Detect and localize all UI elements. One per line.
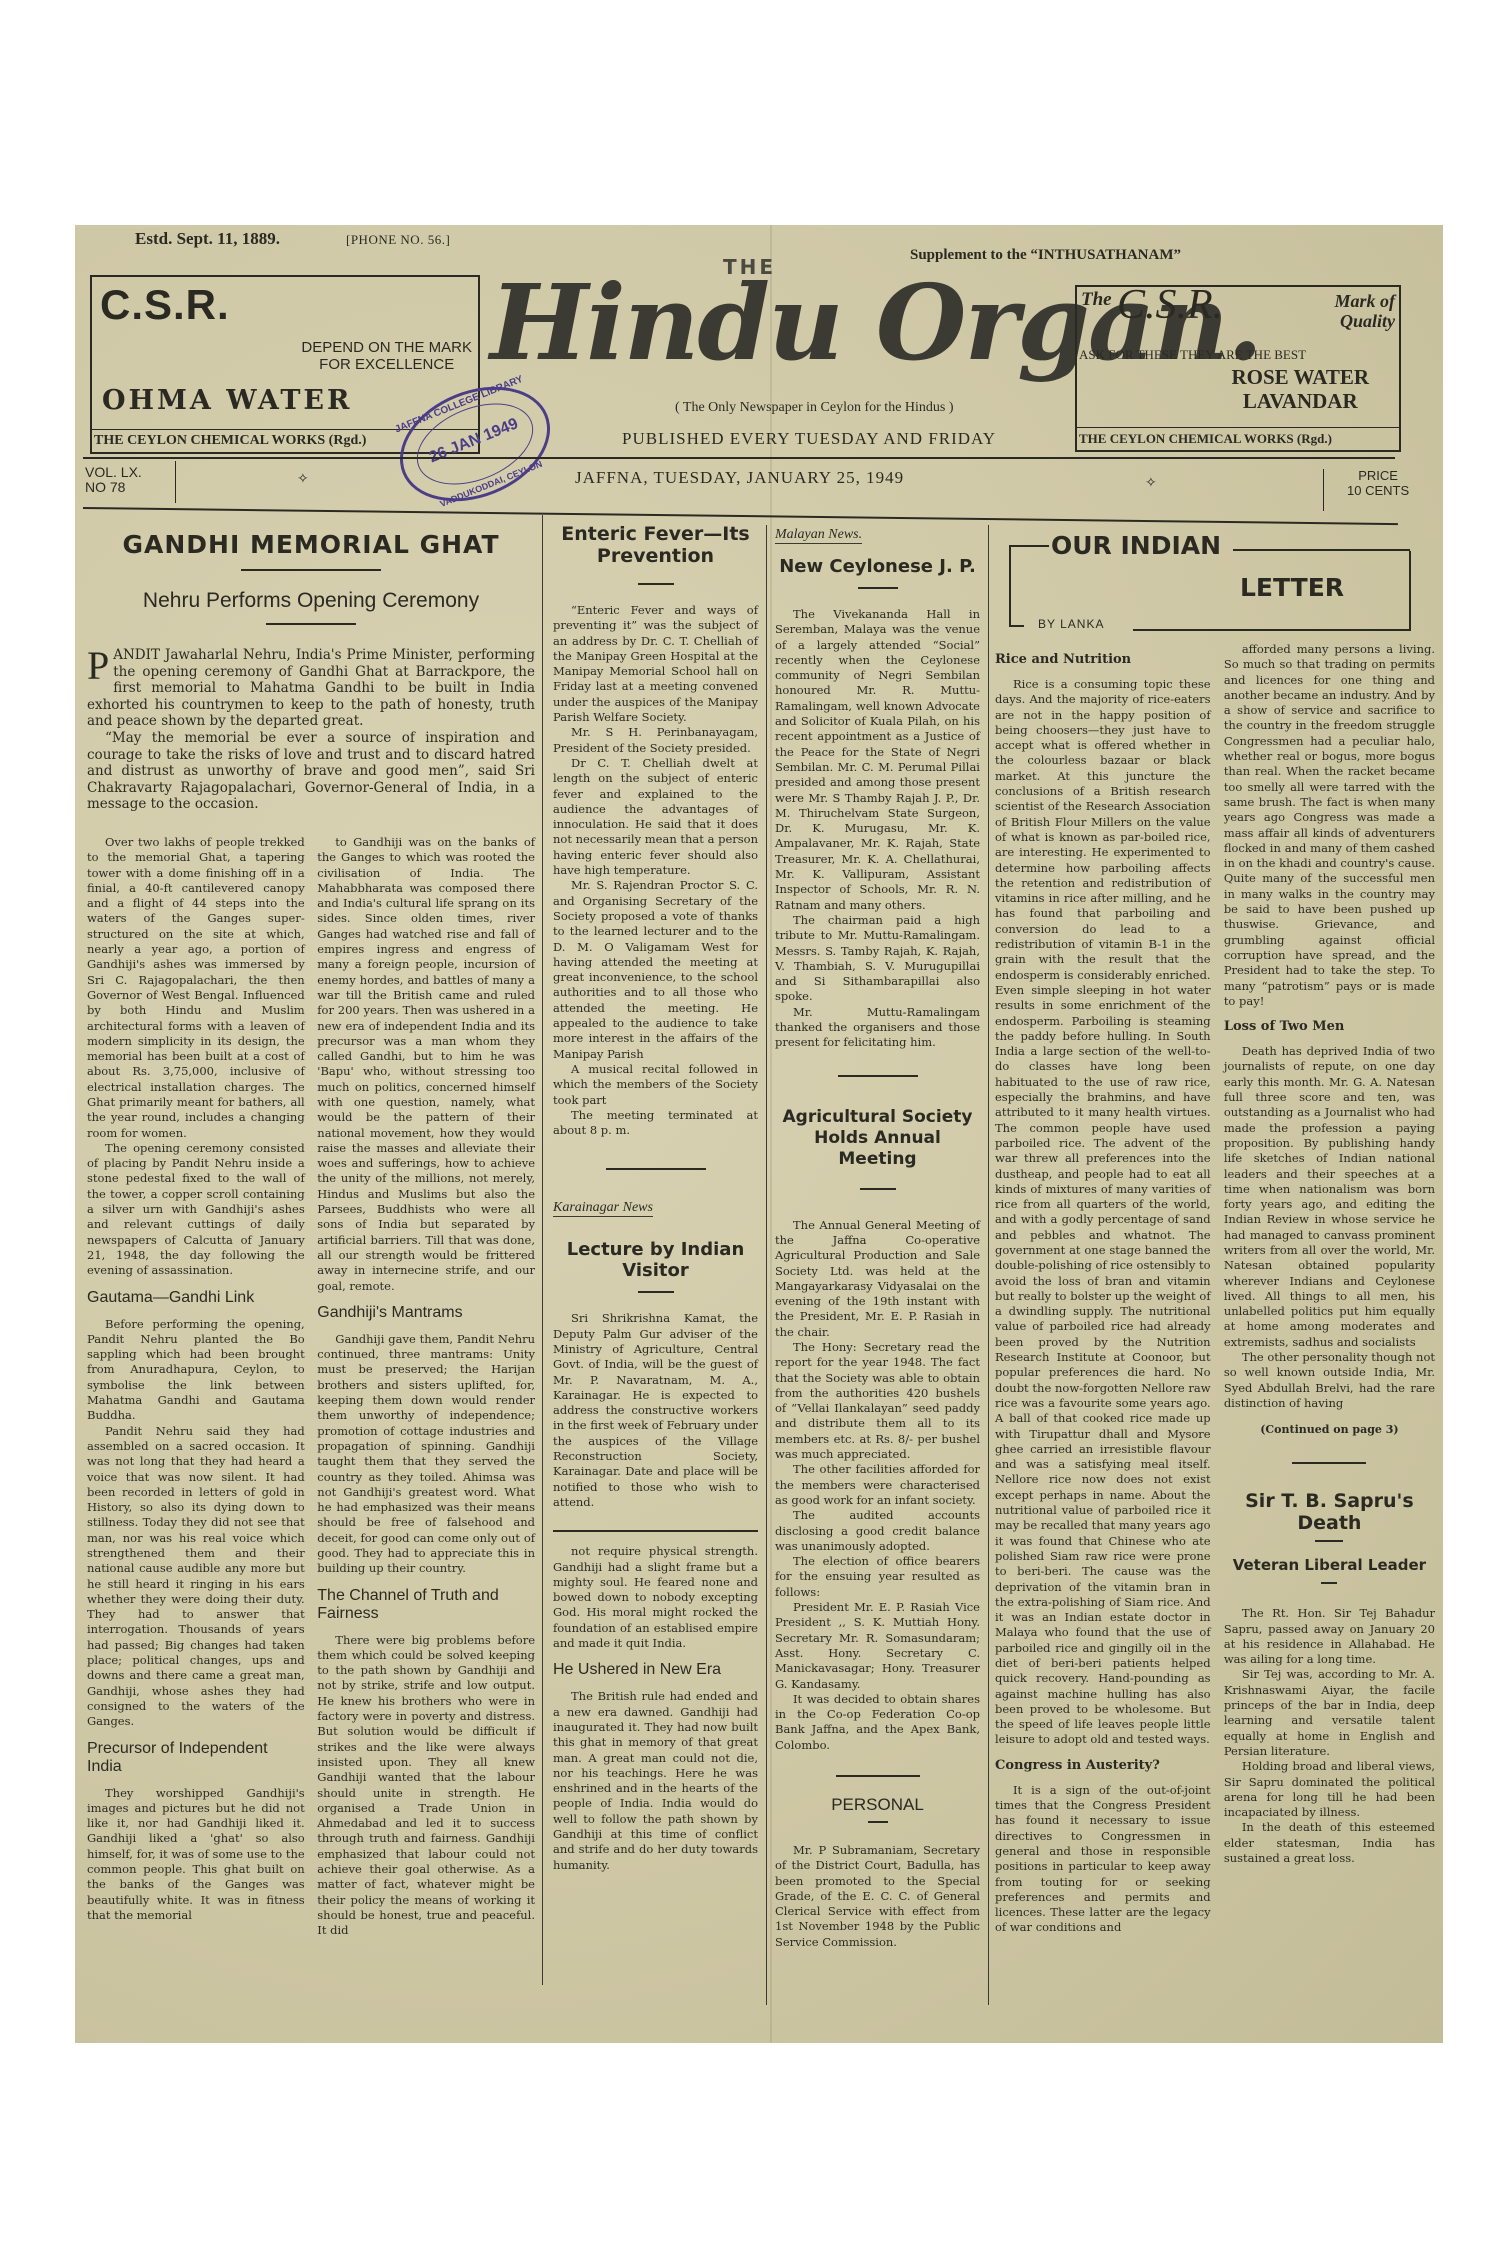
section-heading: Rice and Nutrition [995,652,1211,667]
section-kicker: Karainagar News [553,1200,653,1217]
masthead-tagline: ( The Only Newspaper in Ceylon for the H… [675,400,954,416]
continued-note: (Continued on page 3) [1224,1423,1435,1436]
gandhi-continuation: not require physical strength. Gandhiji … [553,1544,758,1873]
ad-maker: THE CEYLON CHEMICAL WORKS (Rgd.) [1077,427,1399,450]
paragraph: “Enteric Fever and ways of preventing it… [553,603,758,725]
paragraph: Sir Tej was, according to Mr. A. Krishna… [1224,1667,1435,1759]
ornament-icon: ✧ [297,471,309,487]
paragraph: Before performing the opening, Pandit Ne… [87,1317,305,1424]
ad-brand: C.S.R. [100,281,230,329]
paragraph: It was decided to obtain shares in the C… [775,1692,980,1753]
paragraph: The Rt. Hon. Sir Tej Bahadur Sapru, pass… [1224,1606,1435,1667]
lead-paragraph: PANDIT Jawaharlal Nehru, India's Prime M… [87,647,535,730]
paragraph: The election of office bearers for the e… [775,1554,980,1600]
byline: BY LANKA [1038,617,1104,631]
paragraph: They worshipped Gandhiji's images and pi… [87,1786,305,1924]
ad-tagline: DEPEND ON THE MARK FOR EXCELLENCE [301,339,472,373]
paragraph: The opening ceremony consisted of placin… [87,1141,305,1279]
headline: PERSONAL [775,1795,980,1815]
ad-rose-water: The C.S.R. Mark of Quality ASK FOR THESE… [1075,285,1401,452]
paragraph: Holding broad and liberal views, Sir Sap… [1224,1759,1435,1820]
paragraph: The Vivekananda Hall in Seremban, Malaya… [775,607,980,913]
section-heading: Precursor of Independent India [87,1740,305,1776]
paragraph: not require physical strength. Gandhiji … [553,1544,758,1651]
paragraph: Death has deprived India of two journali… [1224,1044,1435,1350]
article-gandhi-ghat: GANDHI MEMORIAL GHAT Nehru Performs Open… [87,520,535,1939]
paragraph: The other personality though not so well… [1224,1350,1435,1411]
paragraph: The chairman paid a high tribute to Mr. … [775,913,980,1005]
paragraph: The Annual General Meeting of the Jaffna… [775,1218,980,1340]
paragraph: Mr. S H. Perinbanayagam, President of th… [553,725,758,756]
price: PRICE 10 CENTS [1347,468,1409,498]
section-kicker: Malayan News. [775,527,862,544]
letter-left-column: Rice and NutritionRice is a consuming to… [995,642,1211,1936]
letter-banner: OUR INDIAN LETTER BY LANKA [995,531,1435,636]
newspaper-page: Estd. Sept. 11, 1889. [PHONE NO. 56.] Su… [75,225,1443,2043]
gandhi-right-column: to Gandhiji was on the banks of the Gang… [317,835,535,1939]
paragraph: It is a sign of the out-of-joint times t… [995,1783,1211,1936]
ornament-icon: ✧ [1145,475,1157,491]
headline: New Ceylonese J. P. [775,556,980,577]
paragraph: Over two lakhs of people trekked to the … [87,835,305,1141]
paragraph: Gandhiji gave them, Pandit Nehru continu… [317,1332,535,1577]
section-heading: Congress in Austerity? [995,1758,1211,1773]
established-date: Estd. Sept. 11, 1889. [135,229,280,249]
letter-right-column: afforded many persons a living. So much … [1224,642,1435,1936]
subheadline: Nehru Performs Opening Ceremony [87,589,535,613]
paragraph: Mr. P Subramaniam, Secretary of the Dist… [775,1843,980,1950]
headline: Lecture by Indian Visitor [553,1239,758,1281]
article-malayan-news: Malayan News. New Ceylonese J. P. The Vi… [775,523,980,1950]
paragraph: The other facilities afforded for the me… [775,1462,980,1508]
paragraph: Mr. S. Rajendran Proctor S. C. and Organ… [553,878,758,1062]
headline: Agricultural Society Holds Annual Meetin… [775,1107,980,1170]
dateline: JAFFNA, TUESDAY, JANUARY 25, 1949 [575,468,904,488]
paragraph: Rice is a consuming topic these days. An… [995,677,1211,1748]
paragraph: The meeting terminated at about 8 p. m. [553,1108,758,1139]
section-heading: The Channel of Truth and Fairness [317,1587,535,1623]
section-heading: He Ushered in New Era [553,1661,758,1679]
subheadline: Veteran Liberal Leader [1224,1556,1435,1574]
paragraph: President Mr. E. P. Rasiah Vice Presiden… [775,1600,980,1692]
paragraph: Mr. Muttu-Ramalingam thanked the organis… [775,1005,980,1051]
headline: Enteric Fever—Its Prevention [553,523,758,567]
section-heading: Gandhiji's Mantrams [317,1304,535,1322]
quote-paragraph: “May the memorial be ever a source of in… [87,730,535,813]
rule [83,457,1395,459]
gandhi-left-column: Over two lakhs of people trekked to the … [87,835,305,1939]
paragraph: A musical recital followed in which the … [553,1062,758,1108]
paragraph: The Hony: Secretary read the report for … [775,1340,980,1462]
headline: Sir T. B. Sapru's Death [1224,1490,1435,1534]
headline: GANDHI MEMORIAL GHAT [87,530,535,559]
phone-number: [PHONE NO. 56.] [346,232,450,248]
article-indian-letter: OUR INDIAN LETTER BY LANKA Rice and Nutr… [995,525,1435,1936]
publication-schedule: PUBLISHED EVERY TUESDAY AND FRIDAY [622,429,996,449]
volume-number: VOL. LX. NO 78 [85,465,142,495]
paragraph: Dr C. T. Chelliah dwelt at length on the… [553,756,758,878]
paragraph: There were big problems before them whic… [317,1633,535,1939]
article-enteric-fever: Enteric Fever—Its Prevention “Enteric Fe… [553,523,758,1873]
paragraph: afforded many persons a living. So much … [1224,642,1435,1009]
paragraph: The audited accounts disclosing a good c… [775,1508,980,1554]
ad-product: ROSE WATER LAVANDAR [1231,365,1369,413]
section-heading: Loss of Two Men [1224,1019,1435,1034]
paragraph: to Gandhiji was on the banks of the Gang… [317,835,535,1294]
ad-brand: C.S.R. [1117,281,1223,329]
ad-product: OHMA WATER [102,385,352,416]
paragraph: In the death of this esteemed elder stat… [1224,1820,1435,1866]
paragraph: Pandit Nehru said they had assembled on … [87,1424,305,1730]
paragraph: Sri Shrikrishna Kamat, the Deputy Palm G… [553,1311,758,1510]
paragraph: The British rule had ended and a new era… [553,1689,758,1873]
section-heading: Gautama—Gandhi Link [87,1289,305,1307]
